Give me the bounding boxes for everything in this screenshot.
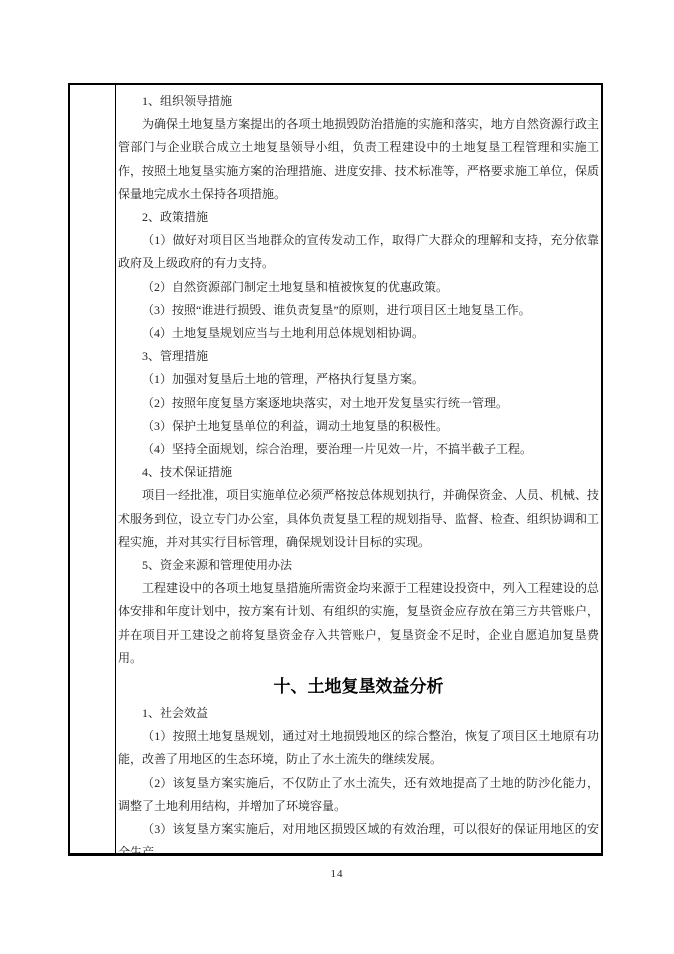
paragraph: （1）加强对复垦后土地的管理，严格执行复垦方案。 [118, 368, 599, 391]
table-left-column [70, 85, 116, 853]
paragraph: （1）做好对项目区当地群众的宣传发动工作，取得广大群众的理解和支持，充分依靠政府… [118, 229, 599, 275]
page-number: 14 [0, 868, 674, 880]
paragraph: 3、管理措施 [118, 345, 599, 368]
paragraph: （2）按照年度复垦方案逐地块落实，对土地开发复垦实行统一管理。 [118, 392, 599, 415]
content-table: 1、组织领导措施 为确保土地复垦方案提出的各项土地损毁防治措施的实施和落实，地方… [68, 83, 603, 856]
section-heading: 十、土地复垦效益分析 [118, 675, 599, 699]
paragraph: （4）坚持全面规划，综合治理，要治理一片见效一片，不搞半截子工程。 [118, 438, 599, 461]
paragraph: 2、政策措施 [118, 206, 599, 229]
paragraph: 1、组织领导措施 [118, 90, 599, 113]
paragraph: 5、资金来源和管理使用办法 [118, 554, 599, 577]
paragraph: （1）按照土地复垦规划，通过对土地损毁地区的综合整治，恢复了项目区土地原有功能，… [118, 725, 599, 771]
paragraph: 1、社会效益 [118, 702, 599, 725]
paragraph: （3）该复垦方案实施后，对用地区损毁区域的有效治理，可以很好的保证用地区的安全生… [118, 818, 599, 853]
document-page: 1、组织领导措施 为确保土地复垦方案提出的各项土地损毁防治措施的实施和落实，地方… [0, 0, 674, 954]
paragraph: 4、技术保证措施 [118, 461, 599, 484]
paragraph: （2）该复垦方案实施后，不仅防止了水土流失，还有效地提高了土地的防沙化能力，调整… [118, 772, 599, 818]
paragraph: 项目一经批准，项目实施单位必须严格按总体规划执行，并确保资金、人员、机械、技术服… [118, 484, 599, 554]
paragraph: 为确保土地复垦方案提出的各项土地损毁防治措施的实施和落实，地方自然资源行政主管部… [118, 113, 599, 206]
table-content-cell: 1、组织领导措施 为确保土地复垦方案提出的各项土地损毁防治措施的实施和落实，地方… [116, 85, 601, 853]
paragraph: （2）自然资源部门制定土地复垦和植被恢复的优惠政策。 [118, 276, 599, 299]
paragraph: （4）土地复垦规划应当与土地利用总体规划相协调。 [118, 322, 599, 345]
paragraph: 工程建设中的各项土地复垦措施所需资金均来源于工程建设投资中，列入工程建设的总体安… [118, 577, 599, 670]
paragraph: （3）按照“谁进行损毁、谁负责复垦”的原则，进行项目区土地复垦工作。 [118, 299, 599, 322]
paragraph: （3）保护土地复垦单位的利益，调动土地复垦的积极性。 [118, 415, 599, 438]
